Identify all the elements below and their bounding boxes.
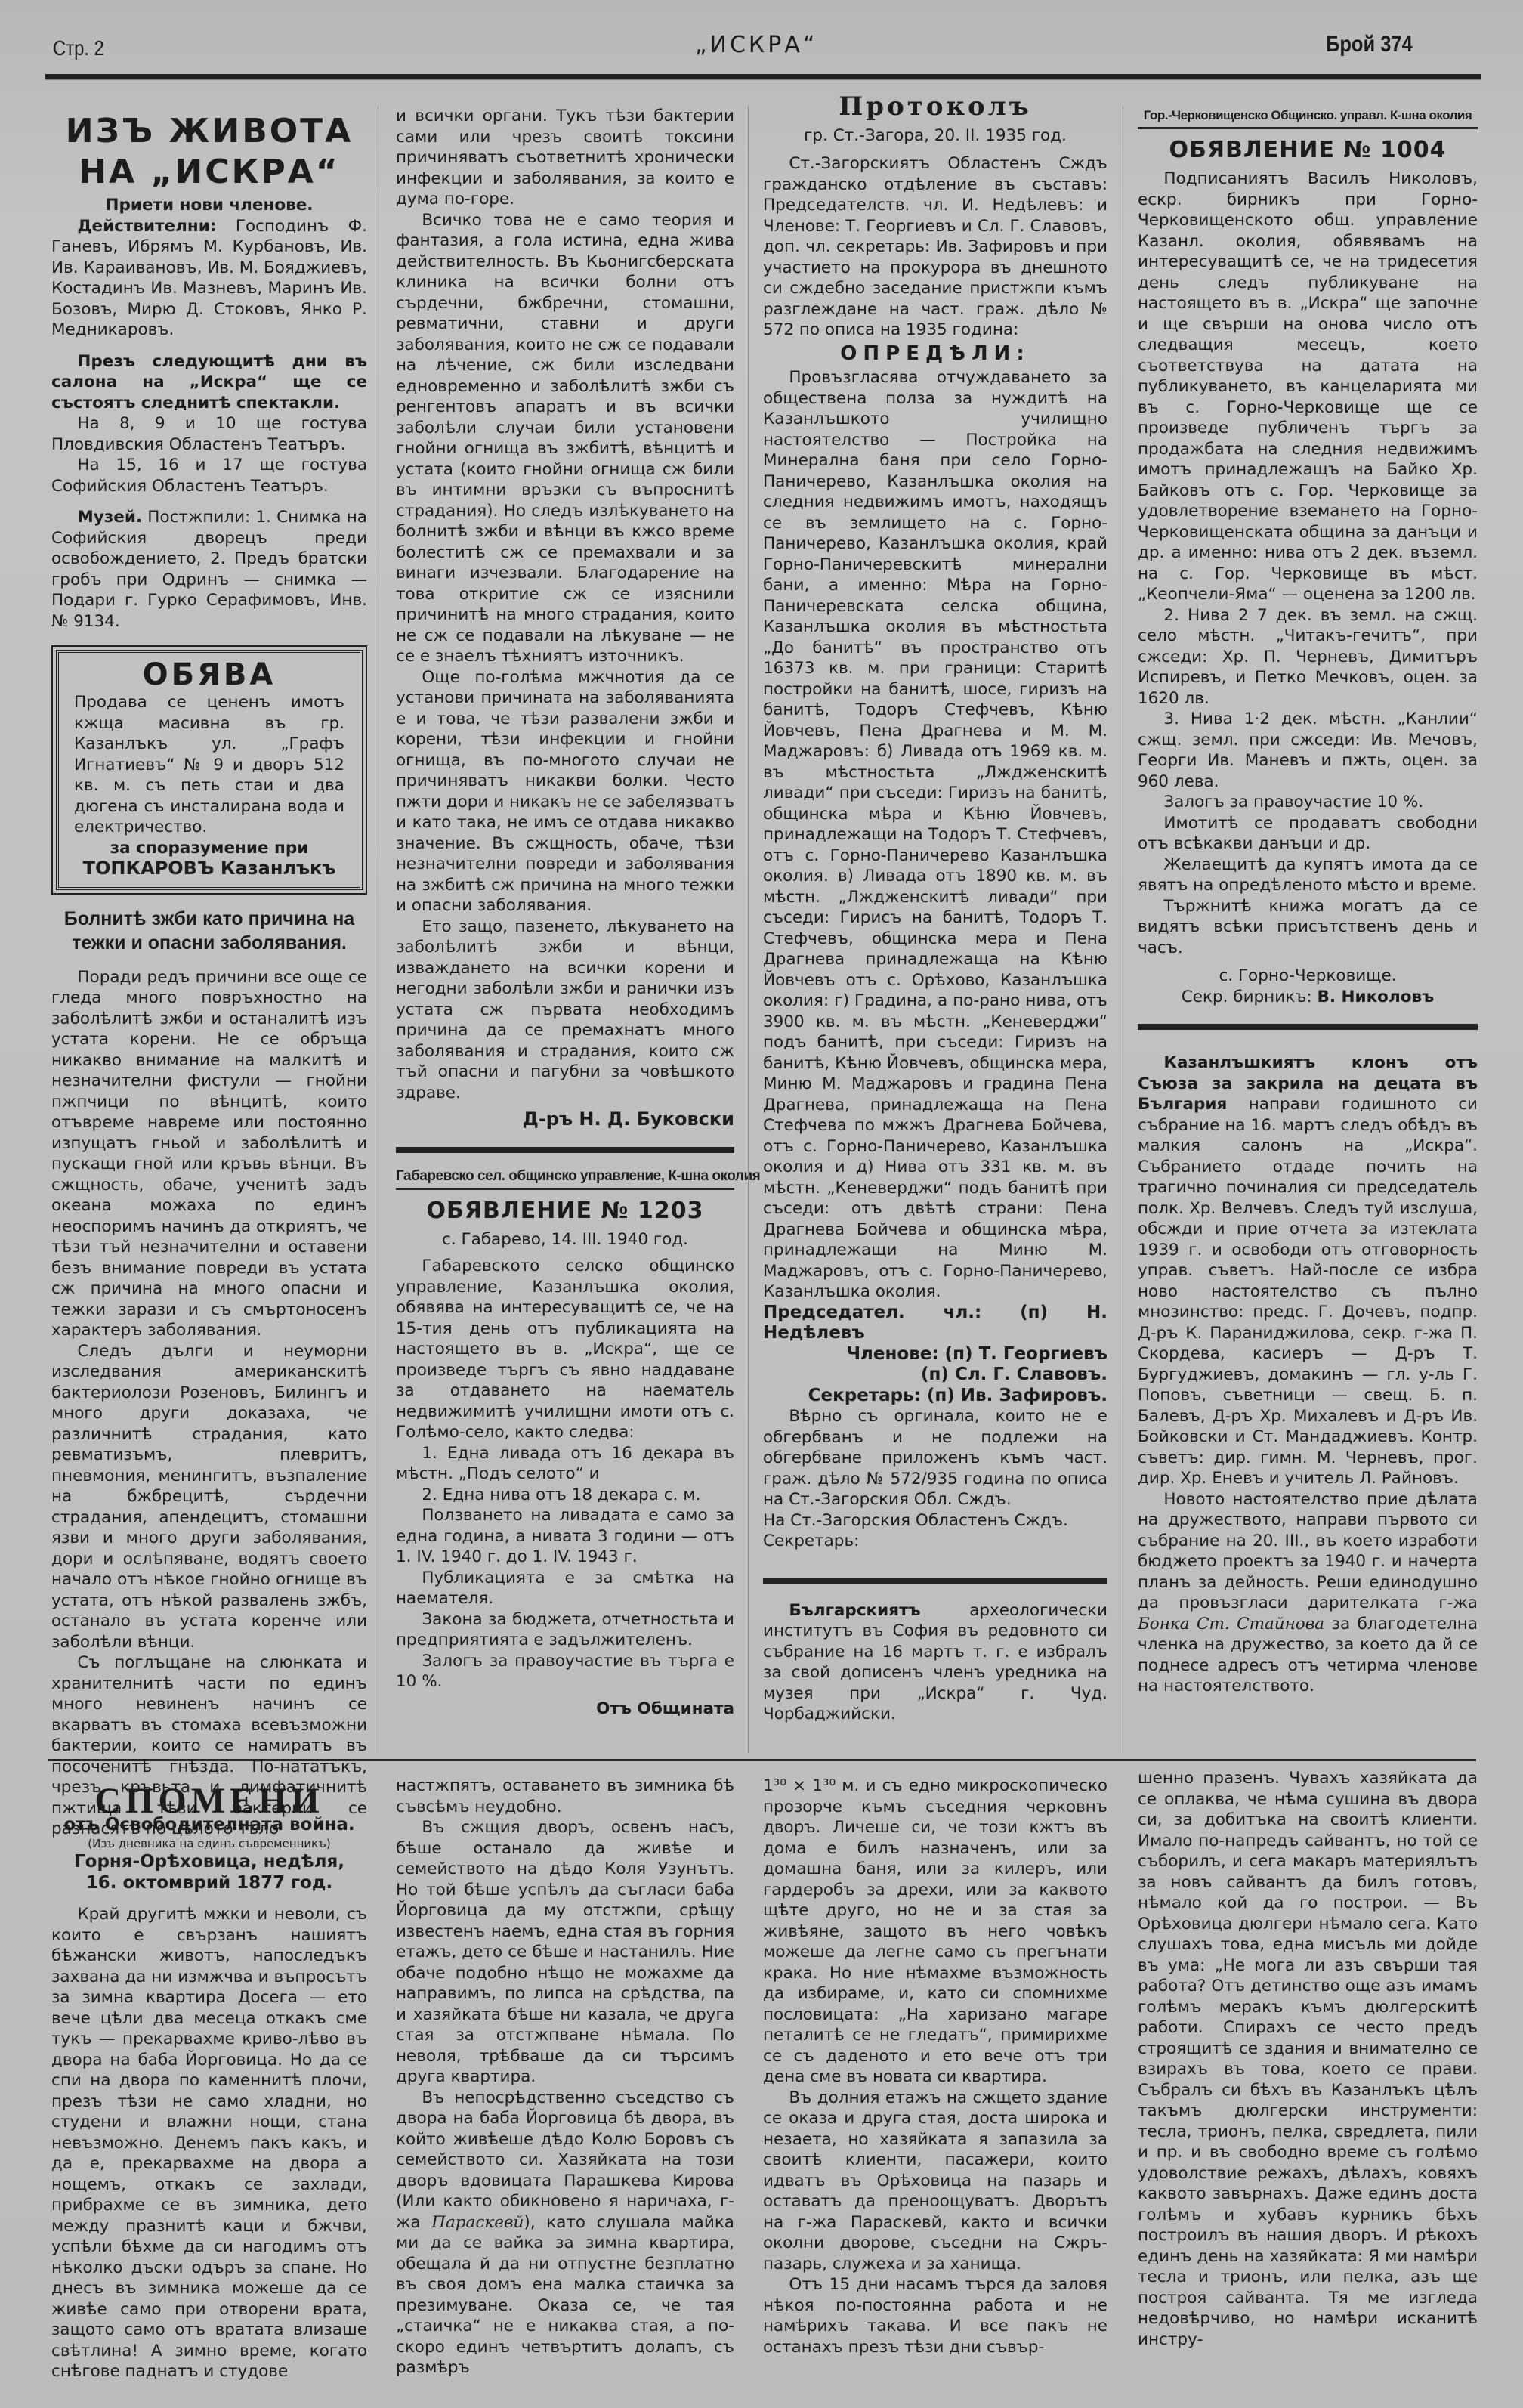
memoirs-dateline-1: Горня-Орѣховица, недѣля, <box>51 1852 367 1873</box>
masthead: Стр. 2 „ИСКРА“ Брой 374 <box>0 0 1523 91</box>
ad-title: ОБЯВА <box>74 657 344 692</box>
memoirs-text-2c-b: ), като слушала майка ми да се вайка за … <box>396 2213 734 2378</box>
ad-text: Продава се цененъ имотъ кжща масивна въ … <box>74 692 344 838</box>
divider <box>763 1578 1107 1584</box>
protocol-sign-chair: Председател. чл.: (п) Н. Недѣлевъ <box>763 1303 1107 1344</box>
notice-1004-kicker: Гор.-Черковищенско Общинско. управл. К-ш… <box>1138 106 1478 129</box>
notice-1203-p4: Закона за бюджета, отчетностьта и предпр… <box>396 1609 734 1651</box>
notice-1004-p4: Залогъ за правоучастие 10 %. <box>1138 792 1478 813</box>
notice-1004-p7: Тържнитѣ книжа могатъ да се видятъ всѣки… <box>1138 896 1478 959</box>
memoirs-text-3b: Въ долния етажъ на сжщето здание се оказ… <box>763 2088 1107 2275</box>
landlady-name: Параскевй <box>431 2213 524 2232</box>
notice-1004-p2: 2. Нива 2 7 дек. въ земл. на сжщ. село м… <box>1138 605 1478 709</box>
memoirs-text-3a-body: м. и съ едно микроскопическо прозорче къ… <box>763 1776 1107 2086</box>
donor-name: Бонка Ст. Стайнова <box>1138 1615 1324 1634</box>
notice-1004-p3: 3. Нива 1·2 дек. мѣстн. „Канлии“ сжщ. зе… <box>1138 709 1478 792</box>
issue-number: Брой 374 <box>1326 32 1413 57</box>
memoirs-text-4: шенно празенъ. Чувахъ хазяйката да се оп… <box>1138 1768 1478 2350</box>
notice-1203-dateline: с. Габарево, 14. III. 1940 год. <box>396 1229 734 1250</box>
child-union-p2: Новото настоятелство прие дѣлата на друж… <box>1138 1489 1478 1697</box>
notice-1004-p1: Подписаниятъ Василъ Николовъ, ескр. бирн… <box>1138 168 1478 605</box>
protocol-title: Протоколъ <box>763 97 1107 118</box>
notice-1004-signature: Секр. бирникъ: В. Николовъ <box>1138 987 1478 1008</box>
archaeology-note: Българскиятъ археологически институтъ въ… <box>763 1600 1107 1725</box>
notice-1203-p1: Габаревското селско общинско управление,… <box>396 1256 734 1443</box>
ad-contact: ТОПКАРОВЪ Казанлъкъ <box>74 858 344 879</box>
ad-agreement: за споразумение при <box>74 838 344 859</box>
memoirs-text-2b: Въ сжщия дворъ, освенъ насъ, бѣше остана… <box>396 1817 734 2088</box>
divider <box>1138 1024 1478 1030</box>
room-dimensions: 1³⁰ × 1³⁰ <box>763 1776 836 1795</box>
notice-1004-p5: Имотитѣ се продаватъ свободни отъ всѣкак… <box>1138 813 1478 855</box>
notice-1203-p2: Ползването на ливадата е само за една го… <box>396 1505 734 1568</box>
memoirs-text-2c: Въ непосрѣдственно съседство съ двора на… <box>396 2088 734 2379</box>
memoirs-text-3c: Отъ 15 дни насамъ търся да заловя нѣкоя … <box>763 2274 1107 2357</box>
memoirs-text-2c-a: Въ непосрѣдственно съседство съ двора на… <box>396 2088 734 2232</box>
protocol-p4: На Ст.-Загорския Областенъ Сждъ. <box>763 1510 1107 1532</box>
notice-1203-title: ОБЯВЛЕНИЕ № 1203 <box>396 1196 734 1226</box>
notice-1004-title: ОБЯВЛЕНИЕ № 1004 <box>1138 135 1478 165</box>
museum-paragraph: Музей. Постжпили: 1. Снимка на Софийския… <box>51 507 367 632</box>
protocol-sign-members2: (п) Сл. Г. Славовъ. <box>763 1365 1107 1386</box>
protocol-p5: Секретарь: <box>763 1531 1107 1552</box>
page-number: Стр. 2 <box>53 36 104 60</box>
members-paragraph: Действителни: Господинъ Ф. Ганевъ, Ибрям… <box>51 216 367 341</box>
section-heading-line2: НА „ИСКРА“ <box>51 154 367 190</box>
shows-lead: Презъ следующитѣ дни въ салона на „Искра… <box>51 351 367 414</box>
archaeology-lead: Българскиятъ <box>789 1601 920 1620</box>
child-union-p1: Казанлъшкиятъ клонъ отъ Съюза за закрила… <box>1138 1053 1478 1489</box>
memoirs-column-1: СПОМЕНИ отъ Освободителната война. (Изъ … <box>51 1768 367 2382</box>
child-union-text-a: Новото настоятелство прие дѣлата на друж… <box>1138 1490 1478 1613</box>
notice-1203-signature: Отъ Общината <box>396 1699 734 1720</box>
article-title-teeth: Болнитѣ зжби като причина на тежки и опа… <box>51 907 367 955</box>
memoirs-text-3a: 1³⁰ × 1³⁰ м. и съ едно микроскопическо п… <box>763 1776 1107 2088</box>
article-signature: Д-ръ Н. Д. Буковски <box>396 1109 734 1130</box>
notice-1203-p5: Залогъ за правоучастие въ търга е 10 %. <box>396 1651 734 1692</box>
memoirs-text-2a: настжпятъ, оставането въ зимника бѣ съвс… <box>396 1776 734 1817</box>
protocol-p3: Вѣрно съ оргинала, които не е обгербванъ… <box>763 1406 1107 1510</box>
section-divider <box>48 1759 1476 1761</box>
teeth-paragraph-2: Следъ дълги и неуморни изследвания амери… <box>51 1341 367 1653</box>
protocol-sign-secretary: Секретарь: (п) Ив. Зафировъ. <box>763 1386 1107 1407</box>
column-separator <box>748 106 749 1753</box>
notice-1203-p3: Публикацията е за смѣтка на наемателя. <box>396 1568 734 1609</box>
teeth-cont-paragraph-4: Ето защо, пазенето, лѣкуването на заболѣ… <box>396 917 734 1104</box>
column-1: ИЗЪ ЖИВОТА НА „ИСКРА“ Приети нови членов… <box>51 106 367 1840</box>
memoirs-source: (Изъ дневника на единъ съвременникъ) <box>51 1835 367 1852</box>
memoirs-column-4: шенно празенъ. Чувахъ хазяйката да се оп… <box>1138 1768 1478 2350</box>
protocol-dateline: гр. Ст.-Загора, 20. II. 1935 год. <box>763 125 1107 147</box>
shows-item-2: На 15, 16 и 17 ще гостува Софийския Обла… <box>51 455 367 496</box>
sale-ad-box: ОБЯВА Продава се цененъ имотъ кжща масив… <box>56 650 363 890</box>
teeth-cont-paragraph-2: Всичко това не е само теория и фантазия,… <box>396 210 734 667</box>
museum-label: Музей. <box>77 508 142 527</box>
signature-name: В. Николовъ <box>1317 988 1434 1006</box>
column-separator <box>378 106 378 1753</box>
teeth-paragraph-1: Поради редъ причини все още се гледа мно… <box>51 967 367 1341</box>
notice-1203-item1: 1. Една ливада отъ 16 декара въ мѣстн. „… <box>396 1443 734 1485</box>
column-2: и всички органи. Тукъ тѣзи бактерии сами… <box>396 106 734 1719</box>
memoirs-title: СПОМЕНИ <box>51 1791 367 1812</box>
section-heading-line1: ИЗЪ ЖИВОТА <box>51 113 367 150</box>
signature-label: Секр. бирникъ: <box>1182 988 1312 1006</box>
divider <box>396 1147 734 1153</box>
column-4: Гор.-Черковищенско Общинско. управл. К-ш… <box>1138 106 1478 1697</box>
paper-title: „ИСКРА“ <box>695 32 817 58</box>
memoirs-dateline-2: 16. октомврий 1877 год. <box>51 1873 367 1894</box>
notice-1004-p6: Желаещитѣ да купятъ имота да се явятъ на… <box>1138 855 1478 896</box>
memoirs-subtitle: отъ Освободителната война. <box>51 1815 367 1836</box>
members-label: Действителни: <box>77 217 216 236</box>
protocol-p1: Ст.-Загорскиятъ Областенъ Сждъ гражданск… <box>763 153 1107 341</box>
column-separator <box>1123 106 1123 1753</box>
masthead-rule <box>45 74 1481 80</box>
new-members-title: Приети нови членове. <box>51 195 367 216</box>
teeth-cont-paragraph-3: Още по-голѣма мжчнотия да се установи пр… <box>396 667 734 917</box>
notice-1203-item2: 2. Една нива отъ 18 декара с. м. <box>396 1485 734 1506</box>
protocol-p2: Провъзгласява отчуждаването за обществен… <box>763 367 1107 1303</box>
memoirs-column-3: 1³⁰ × 1³⁰ м. и съ едно микроскопическо п… <box>763 1776 1107 2357</box>
protocol-sign-members1: Членове: (п) Т. Георгиевъ <box>763 1344 1107 1365</box>
newspaper-page: Стр. 2 „ИСКРА“ Брой 374 ИЗЪ ЖИВОТА НА „И… <box>0 0 1523 2408</box>
notice-1203-kicker: Габаревско сел. общинско управление, К-ш… <box>396 1167 734 1190</box>
protocol-decided: ОПРЕДѢЛИ: <box>763 344 1107 365</box>
memoirs-text-1: Край другитѣ мжки и неволи, съ които е с… <box>51 1904 367 2382</box>
teeth-cont-paragraph-1: и всички органи. Тукъ тѣзи бактерии сами… <box>396 106 734 210</box>
shows-item-1: На 8, 9 и 10 ще гостува Пловдивския Обла… <box>51 413 367 455</box>
column-3: Протоколъ гр. Ст.-Загора, 20. II. 1935 г… <box>763 97 1107 1725</box>
child-union-text: направи годишното си събрание на 16. мар… <box>1138 1095 1478 1488</box>
memoirs-column-2: настжпятъ, оставането въ зимника бѣ съвс… <box>396 1776 734 2379</box>
notice-1004-place: с. Горно-Черковище. <box>1138 966 1478 987</box>
